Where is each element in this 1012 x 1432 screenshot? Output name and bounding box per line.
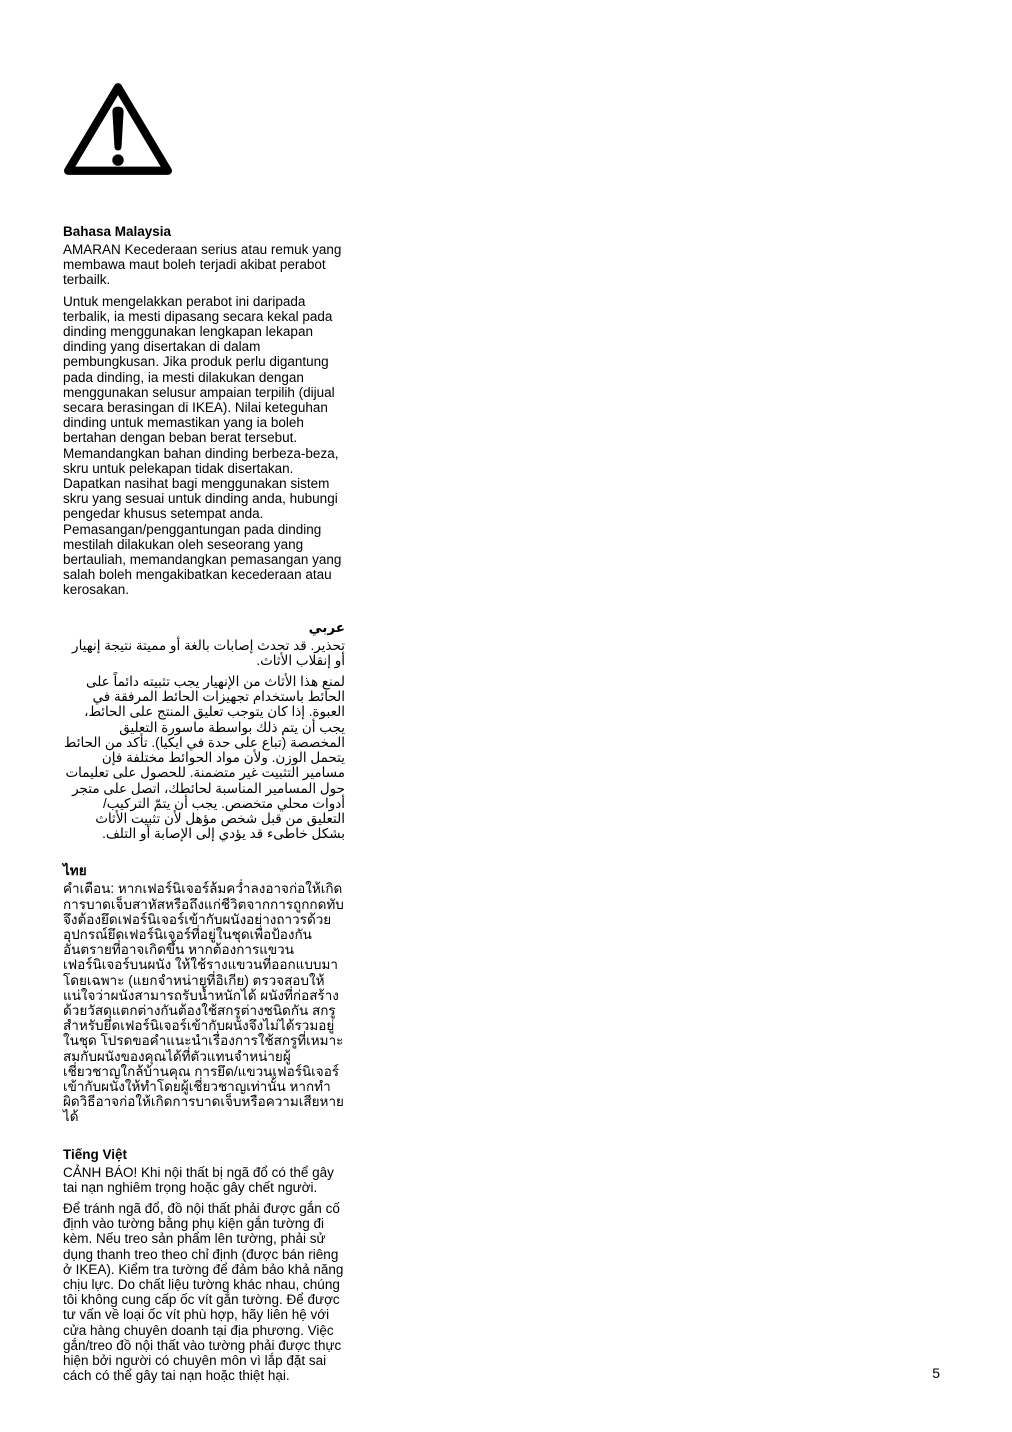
body-paragraph: คำเตือน: หากเฟอร์นิเจอร์ล้มคว่ำลงอาจก่อใ… (63, 881, 345, 1124)
warning-paragraph: AMARAN Kecederaan serius atau remuk yang… (63, 242, 345, 288)
section-thai: ไทย คำเตือน: หากเฟอร์นิเจอร์ล้มคว่ำลงอาจ… (63, 863, 345, 1124)
text-column: Bahasa Malaysia AMARAN Kecederaan serius… (63, 224, 345, 1405)
document-page: Bahasa Malaysia AMARAN Kecederaan serius… (0, 0, 1012, 1432)
section-heading: Bahasa Malaysia (63, 224, 345, 240)
section-arabic: عربي تحذير. قد تحدث إصابات بالغة أو مميت… (63, 620, 345, 842)
section-heading: عربي (63, 620, 345, 636)
section-vietnamese: Tiếng Việt CẢNH BÁO! Khi nội thất bị ngã… (63, 1147, 345, 1384)
body-paragraph: Untuk mengelakkan perabot ini daripada t… (63, 294, 345, 598)
warning-paragraph: تحذير. قد تحدث إصابات بالغة أو مميتة نتي… (63, 638, 345, 668)
body-paragraph: Để tránh ngã đổ, đồ nội thất phải được g… (63, 1201, 345, 1383)
section-bahasa-malaysia: Bahasa Malaysia AMARAN Kecederaan serius… (63, 224, 345, 598)
warning-paragraph: CẢNH BÁO! Khi nội thất bị ngã đổ có thể … (63, 1165, 345, 1195)
section-heading: ไทย (63, 863, 345, 879)
body-paragraph: لمنع هذا الأثاث من الإنهيار يجب تثبيته د… (63, 674, 345, 841)
page-number: 5 (932, 1364, 940, 1382)
warning-triangle-icon (63, 81, 173, 177)
section-heading: Tiếng Việt (63, 1147, 345, 1163)
